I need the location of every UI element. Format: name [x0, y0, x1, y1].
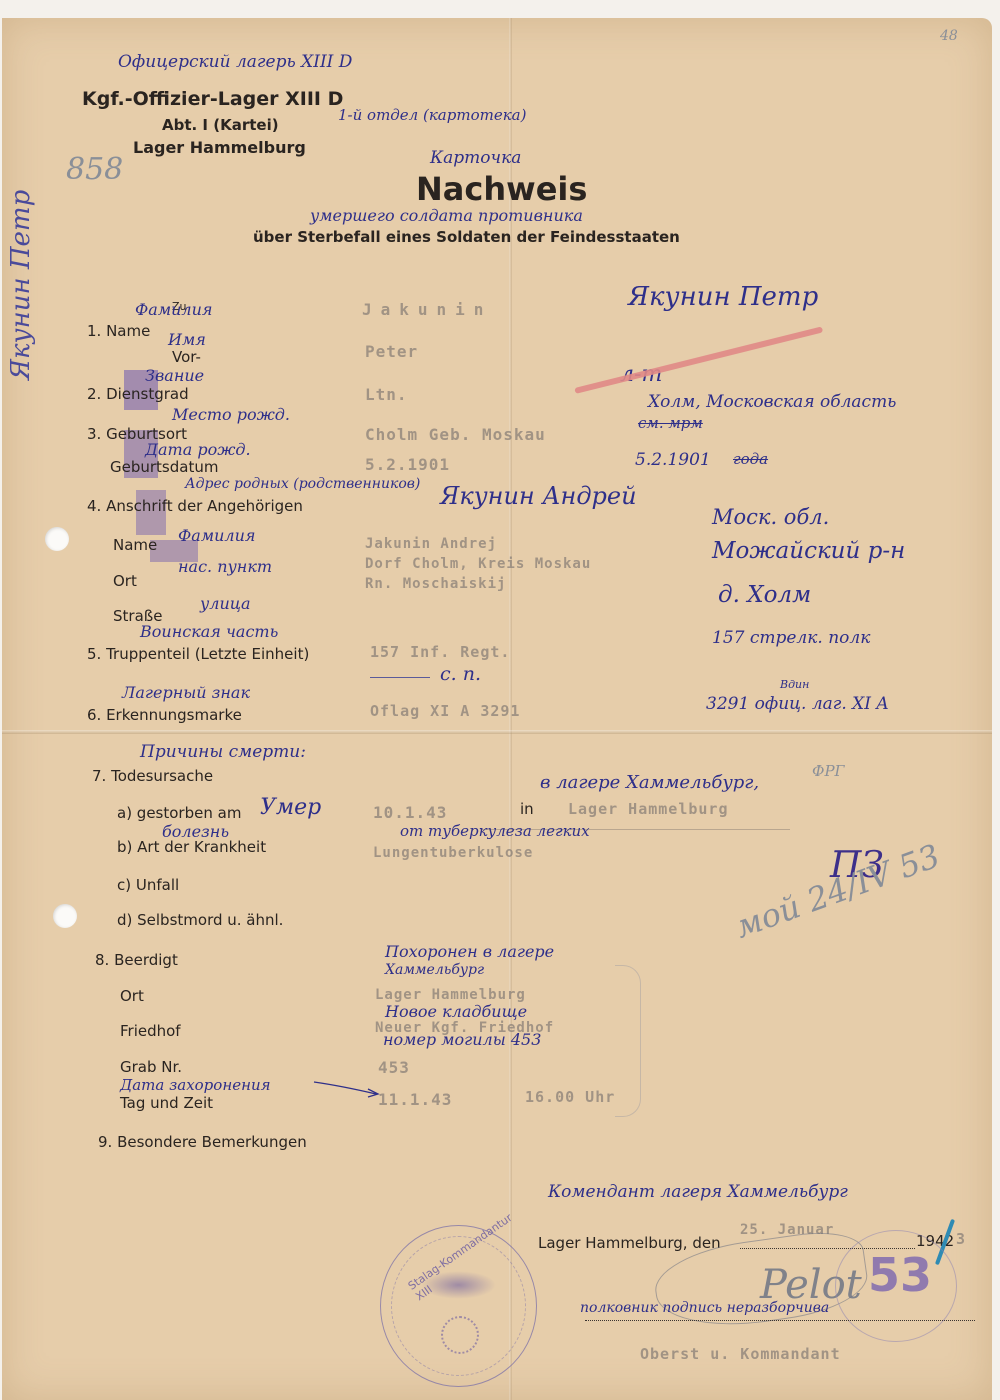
page-corner-number: 48: [940, 28, 958, 44]
camp-title: Kgf.-Offizier-Lager XIII D: [82, 88, 343, 110]
typed-signatory: Oberst u. Kommandant: [640, 1345, 841, 1363]
anschrift-annotation-ru: Адрес родных (родственников): [185, 476, 420, 492]
handwritten-region-ru: Моск. обл.: [712, 505, 829, 529]
typed-death-place: Lager Hammelburg: [568, 800, 729, 818]
typed-unit: 157 Inf. Regt.: [370, 643, 510, 661]
field-label-anschrift: 4. Anschrift der Angehörigen: [87, 497, 303, 515]
handwritten-name-ru: Якунин Петр: [628, 282, 818, 312]
struck-birthplace-ru: см. мрм: [638, 414, 703, 432]
stamp-number: 53: [868, 1248, 932, 1302]
typed-burial-time: 16.00 Uhr: [525, 1088, 615, 1106]
handwritten-birthdate-ru: 5.2.1901: [635, 450, 711, 470]
handwritten-relative-name-ru: Якунин Андрей: [440, 482, 637, 510]
signature-annotation-ru: полковник подпись неразборчива: [580, 1300, 829, 1316]
handwritten-disease-ru: от туберкулеза легких: [400, 822, 590, 840]
field-label-bemerkungen: 9. Besondere Bemerkungen: [98, 1133, 307, 1151]
field-label-todesursache: 7. Todesursache: [92, 767, 213, 785]
handwritten-grave-ru: номер могилы 453: [383, 1030, 541, 1049]
typed-burial-place: Lager Hammelburg: [375, 987, 526, 1003]
typed-grave-number: 453: [378, 1058, 410, 1077]
grey-stamp-outline: [615, 965, 641, 1117]
handwritten-birthplace-ru: Холм, Московская область: [648, 392, 896, 412]
field-label-vorname: Vor-: [172, 348, 201, 366]
name-annotation-ru: Фамилия: [135, 300, 212, 319]
field-label-name: 1. Name: [87, 322, 150, 340]
hole-punch-top: [45, 527, 69, 551]
handwritten-district-ru: Можайский р-н: [712, 538, 905, 564]
place-date-label: Lager Hammelburg, den: [538, 1234, 721, 1252]
field-label-anschrift-ort: Ort: [113, 572, 137, 590]
handwritten-tag-ru: 3291 офиц. лаг. XI A: [706, 694, 889, 714]
handwritten-cemetery-ru: Новое кладбище: [385, 1002, 527, 1021]
field-label-gestorben: a) gestorben am: [117, 804, 241, 822]
typed-firstname: Peter: [365, 342, 418, 361]
field-label-friedhof: Friedhof: [120, 1022, 181, 1040]
pencil-country-ru: ФРГ: [812, 762, 844, 780]
handwritten-death-place-ru: в лагере Хаммельбург,: [540, 772, 759, 793]
handwritten-unit-ru: 157 стрелк. полк: [712, 628, 870, 648]
gestorben-annotation-ru: Умер: [260, 795, 321, 820]
hole-punch-bottom: [53, 904, 77, 928]
field-label-unfall: c) Unfall: [117, 876, 179, 894]
dienstgrad-annotation-ru: Звание: [145, 366, 204, 385]
commandant-annotation-ru: Комендант лагеря Хаммельбург: [548, 1182, 848, 1202]
handwritten-buried-ru-2: Хаммельбург: [385, 962, 484, 978]
anschrift-ort-annotation-ru: нас. пункт: [178, 557, 272, 576]
typed-rank: Ltn.: [365, 385, 408, 404]
typed-relative-name: Jakunin Andrej: [365, 536, 497, 552]
arrow-icon: [312, 1078, 382, 1100]
geburtsdatum-annotation-ru: Дата рожд.: [145, 440, 251, 459]
typed-death-date: 10.1.43: [373, 803, 447, 822]
typed-birthplace: Cholm Geb. Moskau: [365, 425, 546, 444]
vorname-annotation-ru: Имя: [168, 330, 206, 349]
document-title: Nachweis: [416, 170, 587, 208]
tag-zeit-annotation-ru: Дата захоронения: [120, 1076, 271, 1094]
eagle-emblem-icon: [421, 1271, 496, 1299]
horizontal-fold-crease: [2, 730, 992, 734]
signature-dotted-line: [585, 1320, 975, 1321]
handwritten-buried-ru: Похоронен в лагере: [385, 942, 554, 961]
purple-stamp-block: [120, 370, 160, 590]
truppenteil-annotation-ru: Воинская часть: [140, 622, 278, 641]
anschrift-name-annotation-ru: Фамилия: [178, 526, 255, 545]
camp-annotation-ru: Офицерский лагерь XIII D: [118, 52, 352, 72]
field-label-grab: Grab Nr.: [120, 1058, 182, 1076]
typed-disease: Lungentuberkulose: [373, 845, 533, 861]
field-label-beerdigt: 8. Beerdigt: [95, 951, 178, 969]
geburtsort-annotation-ru: Место рожд.: [172, 405, 290, 424]
field-label-ort: Ort: [120, 987, 144, 1005]
archive-number: 858: [66, 152, 123, 187]
title-annotation-ru: Карточка: [430, 148, 521, 168]
typed-unit-annotation-ru: с. п.: [440, 663, 481, 685]
department-annotation-ru: 1-й отдел (картотека): [338, 106, 526, 124]
struck-birthdate-ru: года: [733, 450, 768, 468]
typed-relative-district: Rn. Moschaiskij: [365, 576, 506, 592]
typed-burial-date: 11.1.43: [378, 1090, 452, 1109]
handwritten-tag-sup-ru: Вдин: [780, 678, 809, 691]
in-label: in: [520, 800, 534, 818]
field-label-anschrift-name: Name: [113, 536, 157, 554]
typed-tag: Oflag XI A 3291: [370, 702, 520, 720]
field-label-truppenteil: 5. Truppenteil (Letzte Einheit): [87, 645, 309, 663]
erkennungsmarke-annotation-ru: Лагерный знак: [122, 683, 250, 702]
subtitle-annotation-ru: умершего солдата противника: [310, 206, 583, 225]
todesursache-annotation-ru: Причины смерти:: [140, 742, 306, 762]
typed-year-correction: 3: [956, 1230, 966, 1248]
field-label-krankheit: b) Art der Krankheit: [117, 838, 266, 856]
typed-birthdate: 5.2.1901: [365, 455, 450, 474]
field-label-dienstgrad: 2. Dienstgrad: [87, 385, 189, 403]
document-subtitle: über Sterbefall eines Soldaten der Feind…: [253, 228, 680, 246]
department: Abt. I (Kartei): [162, 116, 279, 134]
camp-location: Lager Hammelburg: [133, 138, 306, 157]
wreath-emblem-icon: [441, 1316, 479, 1354]
round-official-stamp: Stalag-Kommandantur XIII: [380, 1225, 537, 1387]
typed-surname: Jakunin: [362, 300, 492, 319]
field-label-selbstmord: d) Selbstmord u. ähnl.: [117, 911, 283, 929]
side-annotation-ru: Якунин Петр: [6, 190, 36, 380]
strasse-annotation-ru: улица: [200, 594, 250, 613]
typed-relative-village: Dorf Cholm, Kreis Moskau: [365, 556, 591, 572]
field-label-tag-zeit: Tag und Zeit: [120, 1094, 213, 1112]
handwritten-village-ru: д. Холм: [718, 582, 811, 608]
dash-line: [370, 677, 430, 678]
field-label-erkennungsmarke: 6. Erkennungsmarke: [87, 706, 242, 724]
field-label-geburtsdatum: Geburtsdatum: [110, 458, 218, 476]
